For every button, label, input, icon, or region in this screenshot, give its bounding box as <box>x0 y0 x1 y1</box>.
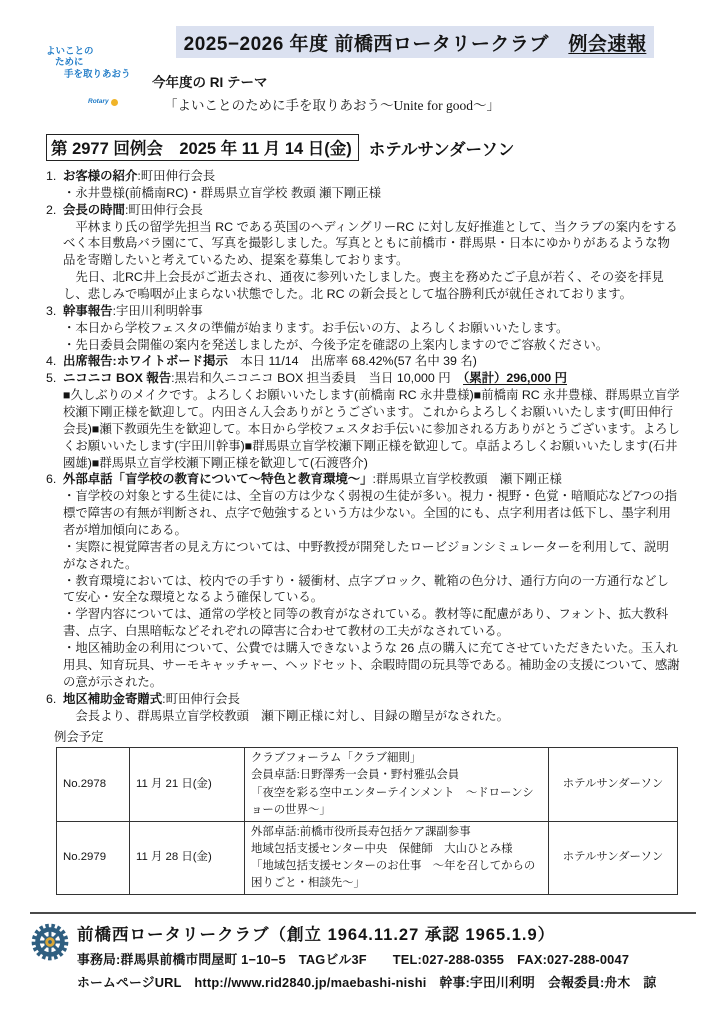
section-heading-bold: 会長の時間 <box>63 203 125 217</box>
section-line: ・学習内容については、通常の学校と同等の教育がなされている。教材等に配慮があり、… <box>63 606 680 640</box>
section-heading-bold: 外部卓話「盲学校の教育について～特色と教育環境～」 <box>63 472 373 486</box>
section-number: 4. <box>46 353 56 370</box>
report-sections: 1. お客様の紹介:町田伸行会長 ・永井豊様(前橋南RC)・群馬県立盲学校 教頭… <box>46 168 680 724</box>
section-external-speech: 6. 外部卓話「盲学校の教育について～特色と教育環境～」:群馬県立盲学校教頭 瀬… <box>46 471 680 690</box>
document-page: よいことの ために 手を取りあおう Rotary 2025−2026 年度 前橋… <box>0 0 724 1024</box>
schedule-date: 11 月 21 日(金) <box>130 748 245 821</box>
program-line: 外部卓話:前橋市役所長寿包括ケア課副参事 <box>251 824 542 841</box>
logo-line: ために <box>46 57 158 68</box>
section-line: ・教育環境においては、校内での手すり・緩衝材、点字ブロック、靴箱の色分け、通行方… <box>63 573 680 607</box>
page-title-wrap: 2025−2026 年度 前橋西ロータリークラブ 例会速報 <box>150 26 680 58</box>
section-heading: 出席報告:ホワイトボード掲示 本日 11/14 出席率 68.42%(57 名中… <box>63 353 680 370</box>
ri-theme-label: 今年度の RI テーマ <box>152 71 680 91</box>
section-secretary-report: 3. 幹事報告:宇田川利明幹事 ・本日から学校フェスタの準備が始まります。お手伝… <box>46 303 680 354</box>
section-number: 6. <box>46 691 56 708</box>
section-heading-bold: ニコニコ BOX 報告 <box>63 371 171 385</box>
meeting-number-box: 第 2977 回例会 2025 年 11 月 14 日(金) <box>46 134 359 161</box>
logo-line: よいことの <box>46 46 158 57</box>
section-paragraph: 先日、北RC井上会長がご逝去され、通夜に参列いたしました。喪主を務めたご子息が若… <box>63 269 680 303</box>
section-grant-ceremony: 6. 地区補助金寄贈式:町田伸行会長 会長より、群馬県立盲学校教頭 瀬下剛正様に… <box>46 691 680 725</box>
section-heading-rest: :宇田川利明幹事 <box>113 304 203 318</box>
section-number: 6. <box>46 471 56 488</box>
section-line: ・地区補助金の利用について、公費では購入できないような 26 点の購入に充てさせ… <box>63 640 680 691</box>
ri-theme-block: 今年度の RI テーマ 「よいことのために手を取りあおう～Unite for g… <box>152 71 680 114</box>
page-title-emphasis: 例会速報 <box>568 34 646 55</box>
section-president-time: 2. 会長の時間:町田伸行会長 平林まり氏の留学先担当 RC である英国のヘディ… <box>46 202 680 303</box>
section-paragraph: 平林まり氏の留学先担当 RC である英国のヘディングリーRC に対し友好推進とし… <box>63 219 680 270</box>
schedule-label: 例会予定 <box>54 727 680 745</box>
program-line: 「地域包括支援センターのお仕事 ～年を召してからの困りごと・相談先～」 <box>251 858 542 892</box>
section-heading-rest: :群馬県立盲学校教頭 瀬下剛正様 <box>373 472 562 486</box>
section-line: ■久しぶりのメイクです。よろしくお願いいたします(前橋南 RC 永井豊様)■前橋… <box>63 387 680 471</box>
section-guest-intro: 1. お客様の紹介:町田伸行会長 ・永井豊様(前橋南RC)・群馬県立盲学校 教頭… <box>46 168 680 202</box>
program-line: 会員卓話:日野澤秀一会員・野村雅弘会員 <box>251 767 542 784</box>
meeting-headline: 第 2977 回例会 2025 年 11 月 14 日(金) ホテルサンダーソン <box>46 134 680 161</box>
section-line: ・永井豊様(前橋南RC)・群馬県立盲学校 教頭 瀬下剛正様 <box>63 185 680 202</box>
table-row: No.2978 11 月 21 日(金) クラブフォーラム「クラブ細則」 会員卓… <box>57 748 678 821</box>
meeting-venue: ホテルサンダーソン <box>369 136 515 160</box>
section-heading: 地区補助金寄贈式:町田伸行会長 <box>63 691 680 708</box>
section-heading-rest: :町田伸行会長 <box>162 692 240 706</box>
section-number: 1. <box>46 168 56 185</box>
rotary-wheel-dot-icon <box>111 99 118 106</box>
footer-club-name: 前橋西ロータリークラブ（創立 1964.11.27 承認 1965.1.9） <box>77 921 656 945</box>
footer-divider <box>30 912 696 914</box>
section-heading-bold: 幹事報告 <box>63 304 113 318</box>
section-attendance-report: 4. 出席報告:ホワイトボード掲示 本日 11/14 出席率 68.42%(57… <box>46 353 680 370</box>
section-nico-box-report: 5. ニコニコ BOX 報告:黒岩和久ニコニコ BOX 担当委員 当日 10,0… <box>46 370 680 471</box>
section-heading-rest: 本日 11/14 出席率 68.42%(57 名中 39 名) <box>228 354 477 368</box>
section-heading-rest: :町田伸行会長 <box>137 169 215 183</box>
section-heading: 会長の時間:町田伸行会長 <box>63 202 680 219</box>
section-heading-bold: お客様の紹介 <box>63 169 137 183</box>
program-line: クラブフォーラム「クラブ細則」 <box>251 750 542 767</box>
rotary-wheel-icon <box>30 922 70 962</box>
logo-line: 手を取りあおう <box>46 69 158 80</box>
section-heading-rest: :黒岩和久ニコニコ BOX 担当委員 当日 10,000 円 <box>171 371 463 385</box>
section-heading: お客様の紹介:町田伸行会長 <box>63 168 680 185</box>
footer-office-info: 事務局:群馬県前橋市問屋町 1−10−5 TAGビル3F TEL:027-288… <box>77 949 656 968</box>
section-number: 2. <box>46 202 56 219</box>
section-line: ・盲学校の対象とする生徒には、全盲の方は少なく弱視の生徒が多い。視力・視野・色覚… <box>63 488 680 539</box>
footer-row: 前橋西ロータリークラブ（創立 1964.11.27 承認 1965.1.9） 事… <box>30 921 696 991</box>
page-title: 2025−2026 年度 前橋西ロータリークラブ 例会速報 <box>176 26 655 58</box>
section-paragraph: 会長より、群馬県立盲学校教頭 瀬下剛正様に対し、目録の贈呈がなされた。 <box>63 708 680 725</box>
section-number: 5. <box>46 370 56 387</box>
section-heading-rest: :町田伸行会長 <box>125 203 203 217</box>
footer-text: 前橋西ロータリークラブ（創立 1964.11.27 承認 1965.1.9） 事… <box>77 921 656 991</box>
schedule-program: 外部卓話:前橋市役所長寿包括ケア課副参事 地域包括支援センター中央 保健師 大山… <box>245 821 549 894</box>
schedule-venue: ホテルサンダーソン <box>549 748 678 821</box>
section-heading: ニコニコ BOX 報告:黒岩和久ニコニコ BOX 担当委員 当日 10,000 … <box>63 370 680 387</box>
schedule-no: No.2978 <box>57 748 130 821</box>
section-line: ・先日委員会開催の案内を発送しましたが、今後予定を確認の上案内しますのでご容赦く… <box>63 337 680 354</box>
schedule-program: クラブフォーラム「クラブ細則」 会員卓話:日野澤秀一会員・野村雅弘会員 「夜空を… <box>245 748 549 821</box>
program-line: 「夜空を彩る空中エンターテインメント ～ドローンショーの世界～」 <box>251 785 542 819</box>
nico-box-total: （累計）296,000 円 <box>463 371 567 385</box>
section-heading-bold: 出席報告:ホワイトボード掲示 <box>63 354 228 368</box>
footer-web-info: ホームページURL http://www.rid2840.jp/maebashi… <box>77 972 656 991</box>
footer: 前橋西ロータリークラブ（創立 1964.11.27 承認 1965.1.9） 事… <box>30 912 696 991</box>
ri-theme-logo: よいことの ために 手を取りあおう Rotary <box>46 46 158 106</box>
ri-theme-text: 「よいことのために手を取りあおう～Unite for good～」 <box>164 94 680 114</box>
schedule-no: No.2979 <box>57 821 130 894</box>
rotary-mark: Rotary <box>46 98 158 106</box>
section-heading: 幹事報告:宇田川利明幹事 <box>63 303 680 320</box>
schedule-date: 11 月 28 日(金) <box>130 821 245 894</box>
section-number: 3. <box>46 303 56 320</box>
schedule-venue: ホテルサンダーソン <box>549 821 678 894</box>
rotary-wordmark: Rotary <box>88 98 109 106</box>
section-line: ・実際に視覚障害者の見え方については、中野教授が開発したロービジョンシミュレータ… <box>63 539 680 573</box>
page-title-prefix: 2025−2026 年度 前橋西ロータリークラブ <box>184 34 569 55</box>
section-heading-bold: 地区補助金寄贈式 <box>63 692 162 706</box>
header: よいことの ために 手を取りあおう Rotary 2025−2026 年度 前橋… <box>46 26 680 124</box>
section-line: ・本日から学校フェスタの準備が始まります。お手伝いの方、よろしくお願いいたします… <box>63 320 680 337</box>
program-line: 地域包括支援センター中央 保健師 大山ひとみ様 <box>251 841 542 858</box>
table-row: No.2979 11 月 28 日(金) 外部卓話:前橋市役所長寿包括ケア課副参… <box>57 821 678 894</box>
section-heading: 外部卓話「盲学校の教育について～特色と教育環境～」:群馬県立盲学校教頭 瀬下剛正… <box>63 471 680 488</box>
schedule-table: No.2978 11 月 21 日(金) クラブフォーラム「クラブ細則」 会員卓… <box>56 747 678 895</box>
